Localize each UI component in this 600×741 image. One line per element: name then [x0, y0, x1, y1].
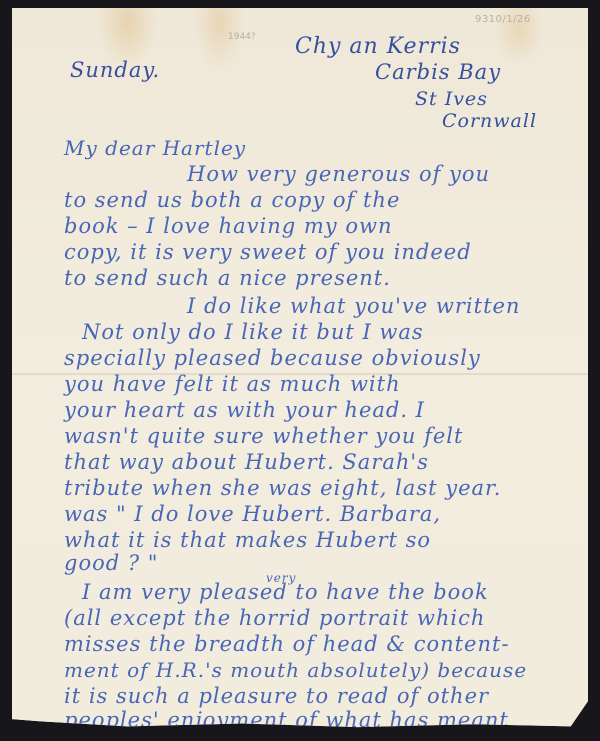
letter-line: your heart as with your head. I: [64, 398, 425, 422]
salutation: My dear Hartley: [64, 136, 246, 160]
address-line: Cornwall: [442, 110, 537, 132]
letter-line: wasn't quite sure whether you felt: [64, 424, 463, 448]
letter-day: Sunday.: [70, 58, 160, 82]
letter-line: How very generous of you: [187, 162, 490, 186]
letter-line: book – I love having my own: [64, 214, 392, 238]
letter-line: Not only do I like it but I was: [82, 320, 424, 344]
letter-line: that way about Hubert. Sarah's: [64, 450, 429, 474]
letter-line: ment of H.R.'s mouth absolutely) because: [64, 658, 527, 682]
letter-line: I do like what you've written: [187, 294, 520, 318]
letter-page: 9310/1/26 1944? Sunday. Chy an Kerris Ca…: [12, 8, 588, 730]
letter-line: copy, it is very sweet of you indeed: [64, 240, 472, 264]
letter-line: you have felt it as much with: [64, 372, 401, 396]
letter-line: good ? ": [64, 551, 158, 575]
letter-line: misses the breadth of head & content-: [64, 632, 510, 656]
letter-line: to send us both a copy of the: [64, 188, 400, 212]
letter-line: to send such a nice present.: [64, 266, 391, 290]
address-line: Carbis Bay: [375, 60, 501, 84]
pencil-date-annotation: 1944?: [228, 32, 256, 42]
letter-line: I am very pleased to have the book: [82, 580, 489, 604]
letter-line: (all except the horrid portrait which: [64, 606, 485, 630]
address-line: St Ives: [415, 88, 488, 110]
letter-line: specially pleased because obviously: [64, 346, 481, 370]
letter-line: tribute when she was eight, last year.: [64, 476, 501, 500]
letter-line: it is such a pleasure to read of other: [64, 684, 489, 708]
archive-reference: 9310/1/26: [475, 14, 531, 25]
letter-line: was " I do love Hubert. Barbara,: [64, 502, 441, 526]
address-line: Chy an Kerris: [295, 34, 461, 59]
letter-line: what it is that makes Hubert so: [64, 528, 431, 552]
letter-line: peoples' enjoyment of what has meant: [64, 708, 509, 732]
